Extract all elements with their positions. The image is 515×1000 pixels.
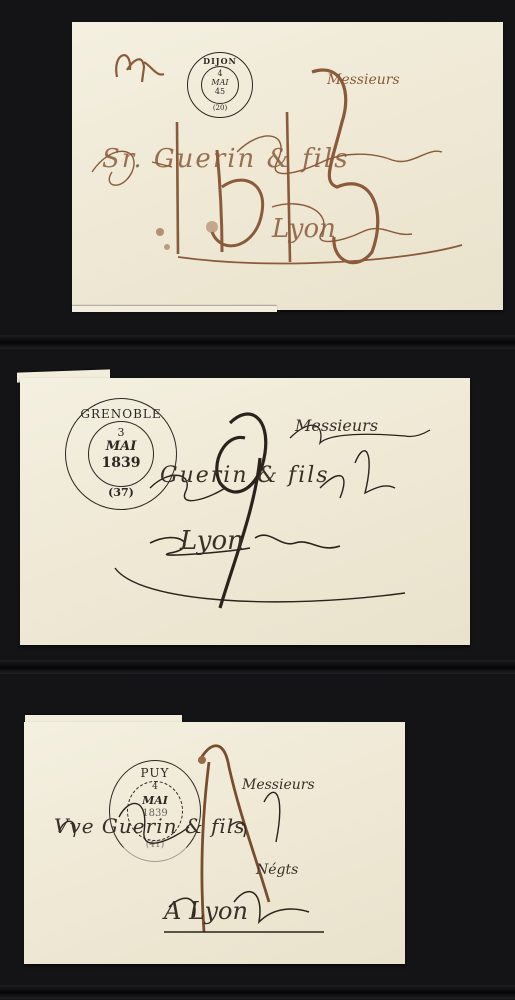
postmark-dept: (41)	[110, 841, 200, 850]
postmark-grenoble: GRENOBLE 3 MAI 1839 (37)	[65, 398, 177, 510]
address-line1: Sr. Guerin & fils	[102, 144, 350, 174]
postmark-month: MAI	[110, 795, 200, 806]
cover-puy: PUY 4 MAI 1839 (41) Messieurs Vve Guerin…	[24, 722, 405, 964]
cover-dijon: DIJON 4 MAI 45 (20) Messieurs Sr. Guerin…	[72, 22, 503, 310]
stock-page-rail	[0, 335, 515, 349]
address-line2: Négts	[256, 862, 298, 878]
postmark-town: PUY	[110, 766, 200, 780]
address-line2: Lyon	[180, 526, 244, 556]
postmark-month: MAI	[188, 79, 252, 87]
postmark-town: GRENOBLE	[66, 407, 176, 421]
address-salutation: Messieurs	[327, 72, 400, 88]
cover-fold-edge	[72, 306, 277, 312]
postmark-month: MAI	[66, 440, 176, 453]
address-salutation: Messieurs	[295, 416, 378, 435]
address-line1: Guerin & fils	[160, 463, 330, 488]
manuscript-ink-rate-7	[24, 722, 405, 964]
address-line2: Lyon	[272, 214, 336, 244]
postmark-dept: (37)	[66, 487, 176, 498]
cover-grenoble: GRENOBLE 3 MAI 1839 (37) Messieurs Gueri…	[20, 378, 470, 645]
address-line3: A Lyon	[164, 897, 248, 925]
postmark-town: DIJON	[188, 56, 252, 66]
postmark-day: 3	[66, 427, 176, 438]
postmark-day: 4	[110, 783, 200, 792]
postmark-day: 4	[188, 70, 252, 78]
address-salutation: Messieurs	[242, 777, 315, 793]
address-line1: Vve Guerin & fils	[54, 814, 245, 838]
postmark-dept: (20)	[188, 105, 252, 112]
postmark-puy: PUY 4 MAI 1839 (41)	[109, 760, 201, 862]
postmark-dijon: DIJON 4 MAI 45 (20)	[187, 52, 253, 118]
stock-page-rail	[0, 985, 515, 999]
postmark-year: 45	[188, 88, 252, 96]
stock-page-rail	[0, 660, 515, 674]
